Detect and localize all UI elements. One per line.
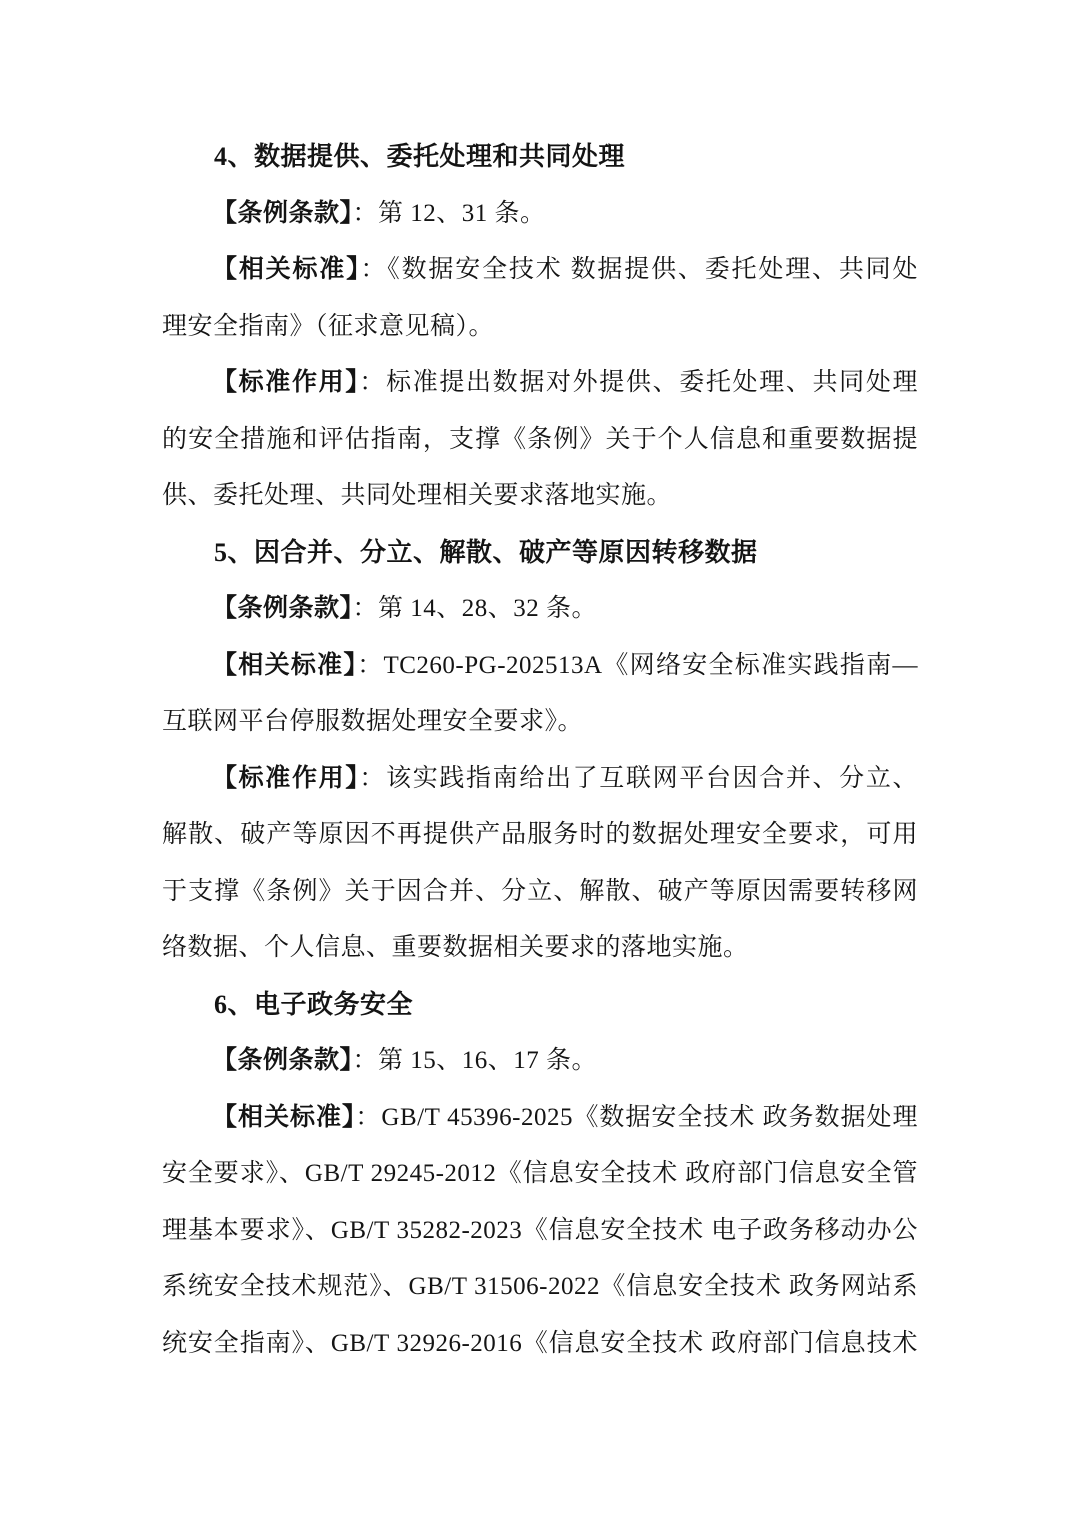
- line-text: ：标准提出数据对外提供、委托处理、共同处理: [359, 369, 918, 396]
- text-line: 【条例条款】：第 15、16、17 条。: [162, 1033, 918, 1090]
- text-line: 【标准作用】：标准提出数据对外提供、委托处理、共同处理: [162, 355, 918, 412]
- line-text: 供、委托处理、共同处理相关要求落地实施。: [162, 482, 672, 509]
- line-text: 统安全指南》、GB/T 32926-2016《信息安全技术 政府部门信息技术: [162, 1330, 918, 1357]
- section-heading: 5、因合并、分立、解散、破产等原因转移数据: [162, 525, 918, 582]
- document-body: 4、数据提供、委托处理和共同处理【条例条款】：第 12、31 条。【相关标准】：…: [162, 129, 918, 1372]
- line-text: ：第 14、28、32 条。: [353, 595, 598, 622]
- text-line: 解散、破产等原因不再提供产品服务时的数据处理安全要求，可用: [162, 807, 918, 864]
- line-text: 的安全措施和评估指南，支撑《条例》关于个人信息和重要数据提: [162, 426, 918, 453]
- text-line: 安全要求》、GB/T 29245-2012《信息安全技术 政府部门信息安全管: [162, 1146, 918, 1203]
- text-line: 【相关标准】：TC260-PG-202513A《网络安全标准实践指南—: [162, 638, 918, 695]
- text-line: 【相关标准】：《数据安全技术 数据提供、委托处理、共同处: [162, 242, 918, 299]
- line-text: ：GB/T 45396-2025《数据安全技术 政务数据处理: [355, 1104, 918, 1131]
- field-label: 【标准作用】: [212, 369, 359, 396]
- text-line: 理安全指南》（征求意见稿）。: [162, 299, 918, 356]
- text-line: 【条例条款】：第 14、28、32 条。: [162, 581, 918, 638]
- text-line: 【相关标准】：GB/T 45396-2025《数据安全技术 政务数据处理: [162, 1090, 918, 1147]
- heading-text: 5、因合并、分立、解散、破产等原因转移数据: [214, 538, 758, 567]
- line-text: ：第 15、16、17 条。: [353, 1047, 598, 1074]
- field-label: 【条例条款】: [212, 200, 353, 227]
- text-line: 的安全措施和评估指南，支撑《条例》关于个人信息和重要数据提: [162, 412, 918, 469]
- line-text: 理基本要求》、GB/T 35282-2023《信息安全技术 电子政务移动办公: [162, 1217, 918, 1244]
- field-label: 【条例条款】: [212, 595, 353, 622]
- line-text: ：《数据安全技术 数据提供、委托处理、共同处: [360, 256, 918, 283]
- text-line: 互联网平台停服数据处理安全要求》。: [162, 694, 918, 751]
- text-line: 【标准作用】：该实践指南给出了互联网平台因合并、分立、: [162, 751, 918, 808]
- text-line: 系统安全技术规范》、GB/T 31506-2022《信息安全技术 政务网站系: [162, 1259, 918, 1316]
- line-text: 络数据、个人信息、重要数据相关要求的落地实施。: [162, 934, 749, 961]
- text-line: 统安全指南》、GB/T 32926-2016《信息安全技术 政府部门信息技术: [162, 1316, 918, 1373]
- text-line: 供、委托处理、共同处理相关要求落地实施。: [162, 468, 918, 525]
- line-text: 解散、破产等原因不再提供产品服务时的数据处理安全要求，可用: [162, 821, 918, 848]
- text-line: 络数据、个人信息、重要数据相关要求的落地实施。: [162, 920, 918, 977]
- line-text: ：TC260-PG-202513A《网络安全标准实践指南—: [357, 652, 918, 679]
- section-heading: 4、数据提供、委托处理和共同处理: [162, 129, 918, 186]
- line-text: 系统安全技术规范》、GB/T 31506-2022《信息安全技术 政务网站系: [162, 1273, 918, 1300]
- line-text: 理安全指南》（征求意见稿）。: [162, 313, 494, 340]
- field-label: 【条例条款】: [212, 1047, 353, 1074]
- section-heading: 6、电子政务安全: [162, 977, 918, 1034]
- heading-text: 4、数据提供、委托处理和共同处理: [214, 142, 625, 171]
- text-line: 【条例条款】：第 12、31 条。: [162, 186, 918, 243]
- field-label: 【相关标准】: [212, 1104, 355, 1131]
- line-text: ：该实践指南给出了互联网平台因合并、分立、: [359, 765, 918, 792]
- line-text: 于支撑《条例》关于因合并、分立、解散、破产等原因需要转移网: [162, 878, 918, 905]
- text-line: 理基本要求》、GB/T 35282-2023《信息安全技术 电子政务移动办公: [162, 1203, 918, 1260]
- line-text: ：第 12、31 条。: [353, 200, 546, 227]
- field-label: 【相关标准】: [212, 256, 360, 283]
- text-line: 于支撑《条例》关于因合并、分立、解散、破产等原因需要转移网: [162, 864, 918, 921]
- line-text: 互联网平台停服数据处理安全要求》。: [162, 708, 583, 735]
- document-page: 4、数据提供、委托处理和共同处理【条例条款】：第 12、31 条。【相关标准】：…: [0, 0, 1080, 1527]
- field-label: 【相关标准】: [212, 652, 357, 679]
- field-label: 【标准作用】: [212, 765, 359, 792]
- heading-text: 6、电子政务安全: [214, 990, 413, 1019]
- line-text: 安全要求》、GB/T 29245-2012《信息安全技术 政府部门信息安全管: [162, 1160, 918, 1187]
